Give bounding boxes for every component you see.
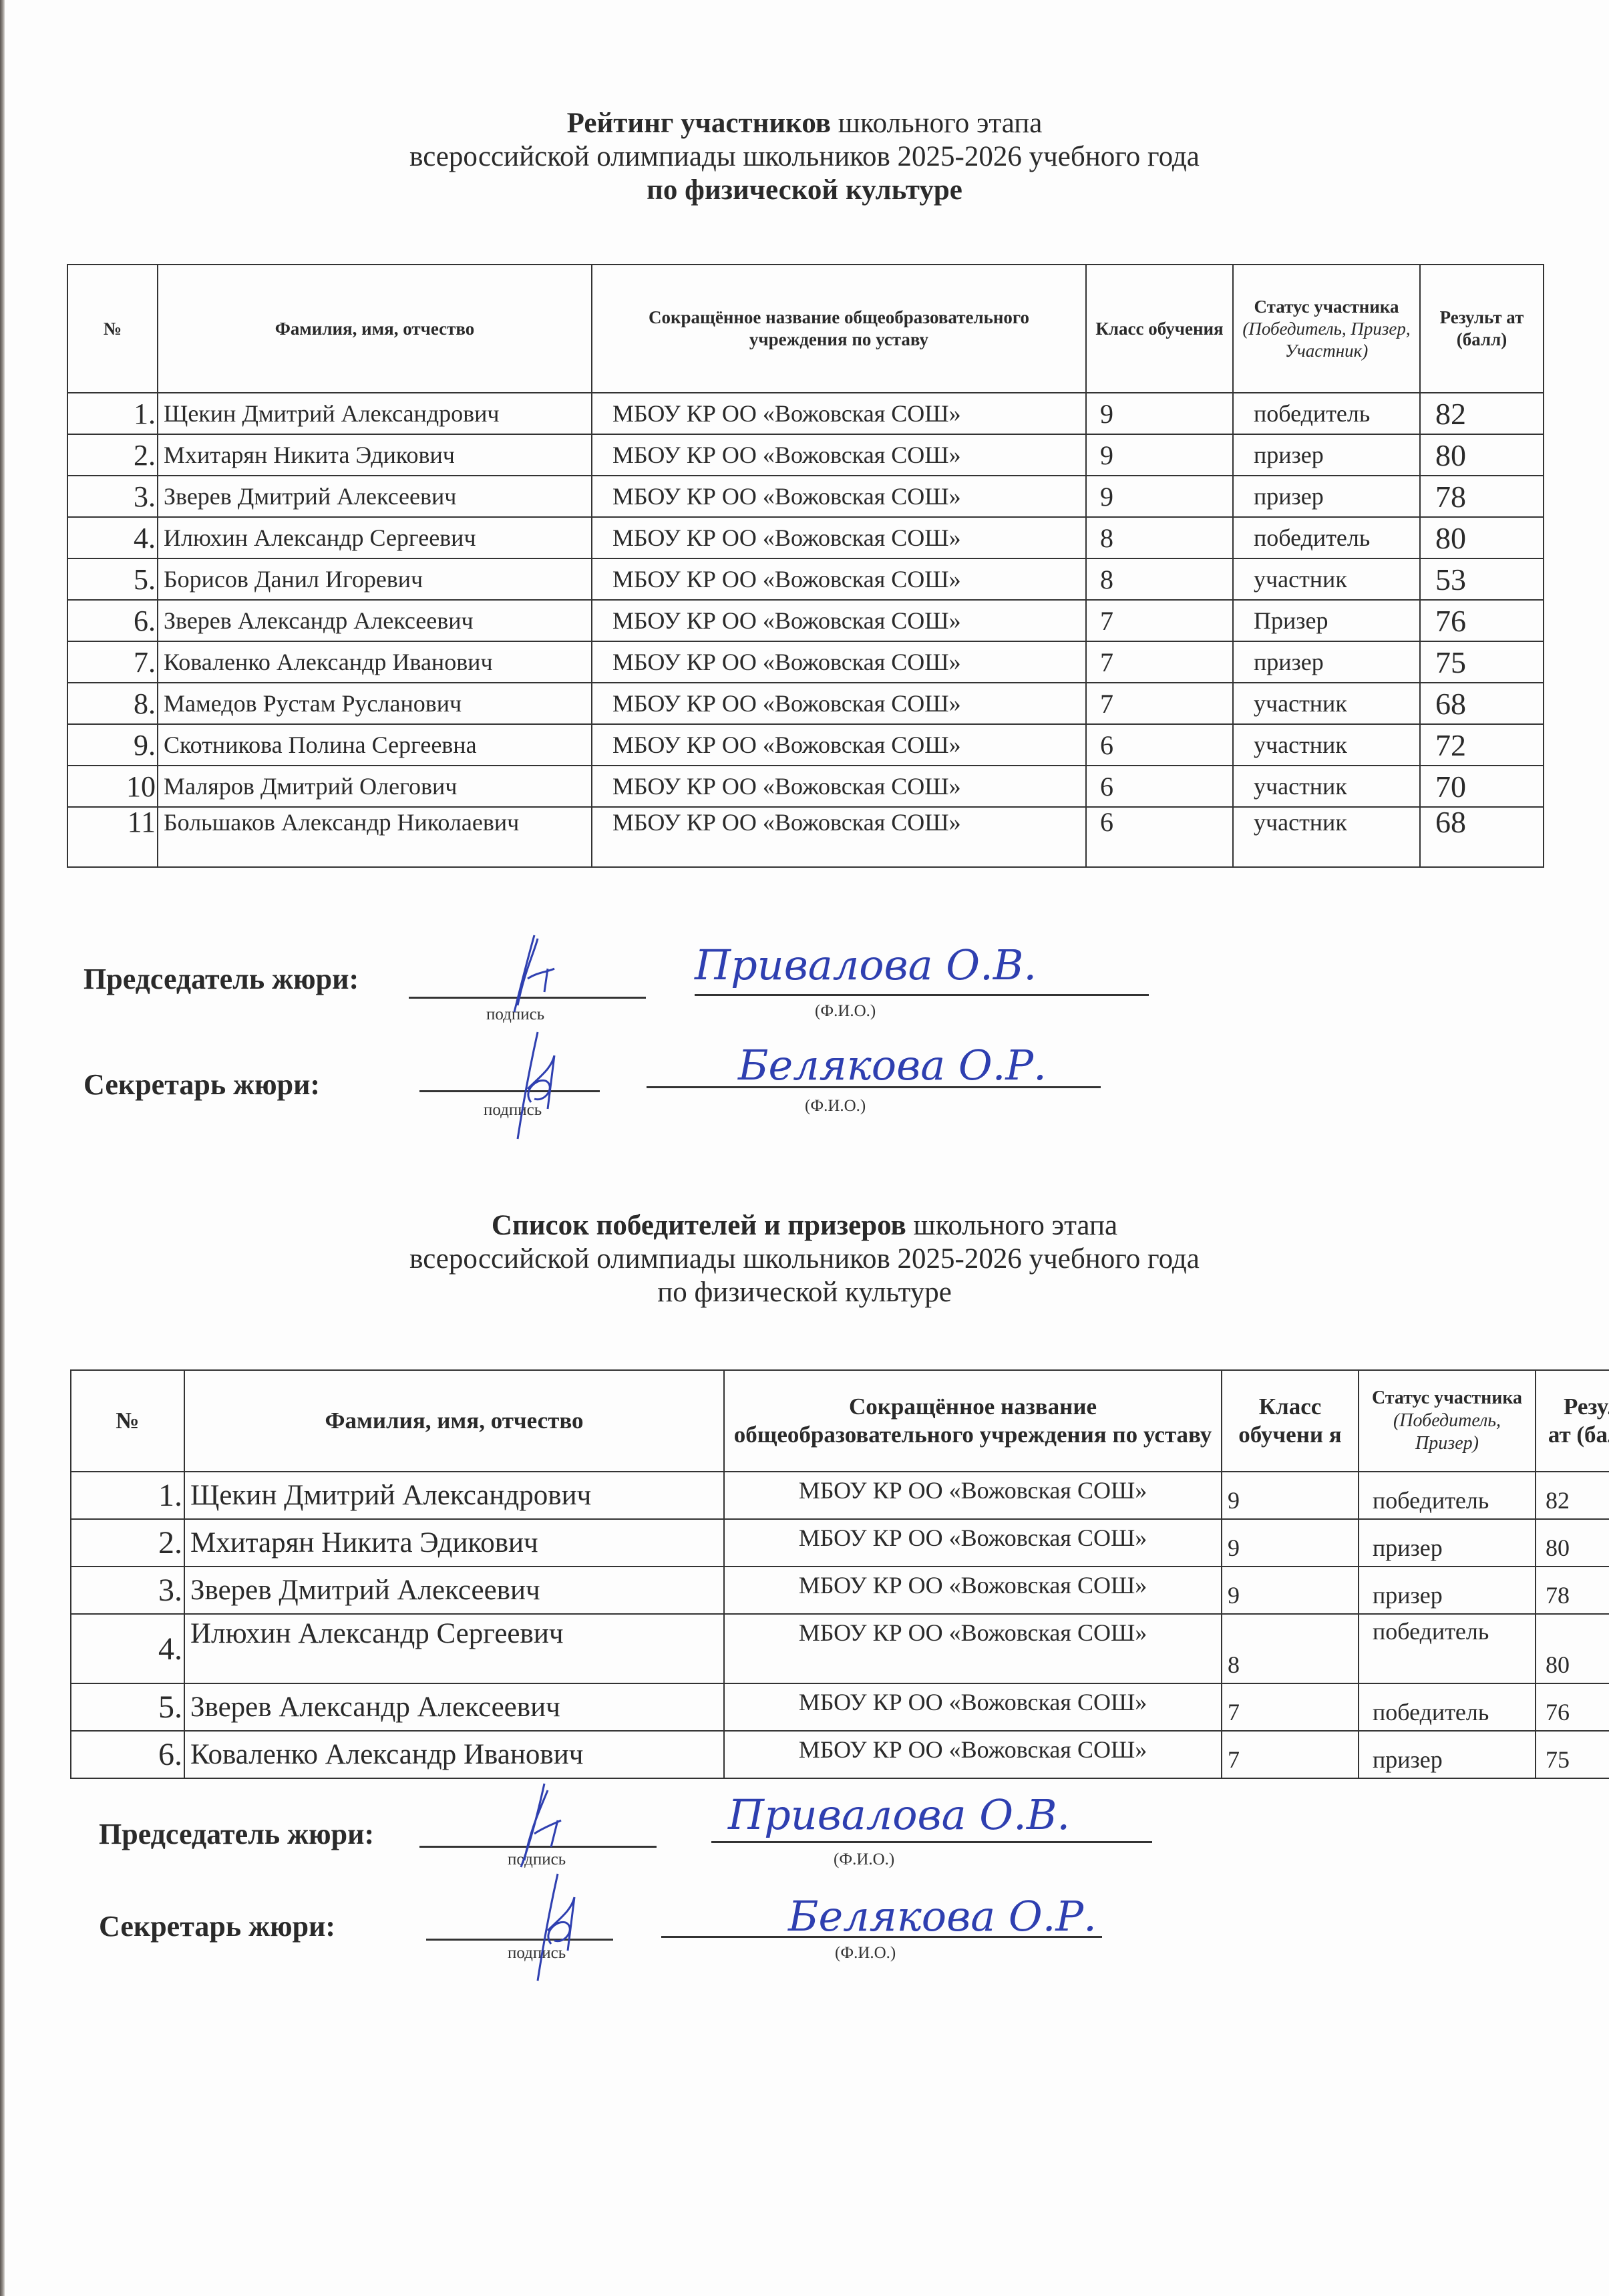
school-name: МБОУ КР ОО «Вожовская СОШ» bbox=[724, 1614, 1222, 1683]
participant-name: Мхитарян Никита Эдикович bbox=[184, 1519, 724, 1567]
grade: 9 bbox=[1086, 434, 1233, 476]
secretary-name-handwritten: Белякова О.Р. bbox=[788, 1892, 1097, 1941]
participant-name: Зверев Александр Алексеевич bbox=[158, 600, 592, 641]
table-row: 6.Зверев Александр АлексеевичМБОУ КР ОО … bbox=[67, 600, 1544, 641]
row-number: 1. bbox=[71, 1472, 184, 1519]
table-row: 3.Зверев Дмитрий АлексеевичМБОУ КР ОО «В… bbox=[71, 1567, 1609, 1614]
school-name: МБОУ КР ОО «Вожовская СОШ» bbox=[592, 641, 1086, 683]
winners-table-header: № Фамилия, имя, отчество Сокращённое наз… bbox=[71, 1370, 1609, 1472]
grade: 6 bbox=[1086, 766, 1233, 807]
table-row: 7.Коваленко Александр ИвановичМБОУ КР ОО… bbox=[67, 641, 1544, 683]
participant-name: Коваленко Александр Иванович bbox=[158, 641, 592, 683]
table-row: 5.Зверев Александр АлексеевичМБОУ КР ОО … bbox=[71, 1683, 1609, 1731]
winners-table: № Фамилия, имя, отчество Сокращённое наз… bbox=[70, 1369, 1609, 1779]
status: призер bbox=[1359, 1519, 1536, 1567]
table-row: 3.Зверев Дмитрий АлексеевичМБОУ КР ОО «В… bbox=[67, 476, 1544, 517]
table-row: 8.Мамедов Рустам РуслановичМБОУ КР ОО «В… bbox=[67, 683, 1544, 724]
status: призер bbox=[1359, 1567, 1536, 1614]
grade: 7 bbox=[1086, 683, 1233, 724]
col-name: Фамилия, имя, отчество bbox=[158, 265, 592, 393]
grade: 7 bbox=[1222, 1683, 1359, 1731]
school-name: МБОУ КР ОО «Вожовская СОШ» bbox=[724, 1567, 1222, 1614]
col-class: Класс обучения bbox=[1086, 265, 1233, 393]
status: участник bbox=[1233, 558, 1420, 600]
rating-title-rest: школьного этапа bbox=[831, 108, 1042, 139]
row-number: 10 bbox=[67, 766, 158, 807]
participant-name: Маляров Дмитрий Олегович bbox=[158, 766, 592, 807]
table-row: 2.Мхитарян Никита ЭдиковичМБОУ КР ОО «Во… bbox=[71, 1519, 1609, 1567]
col-status-hint: (Победитель, Призер) bbox=[1393, 1410, 1501, 1454]
chair-name-handwritten: Привалова О.В. bbox=[728, 1790, 1070, 1839]
row-number: 11 bbox=[67, 807, 158, 867]
chair-fio-line bbox=[711, 1841, 1152, 1843]
chair-fio-caption: (Ф.И.О.) bbox=[834, 1850, 894, 1869]
school-name: МБОУ КР ОО «Вожовская СОШ» bbox=[592, 434, 1086, 476]
grade: 6 bbox=[1086, 807, 1233, 867]
status: призер bbox=[1233, 476, 1420, 517]
score: 80 bbox=[1536, 1519, 1609, 1567]
table-row: 10Маляров Дмитрий ОлеговичМБОУ КР ОО «Во… bbox=[67, 766, 1544, 807]
row-number: 9. bbox=[67, 724, 158, 766]
winners-title-bold: Список победителей и призеров bbox=[492, 1210, 906, 1241]
score: 80 bbox=[1536, 1614, 1609, 1683]
winners-title: Список победителей и призеров школьного … bbox=[0, 1209, 1609, 1309]
grade: 6 bbox=[1086, 724, 1233, 766]
rating-subtitle: всероссийской олимпиады школьников 2025-… bbox=[0, 140, 1609, 174]
table-row: 4.Илюхин Александр СергеевичМБОУ КР ОО «… bbox=[71, 1614, 1609, 1683]
row-number: 8. bbox=[67, 683, 158, 724]
school-name: МБОУ КР ОО «Вожовская СОШ» bbox=[724, 1472, 1222, 1519]
scan-edge bbox=[0, 0, 5, 2296]
secretary-name-handwritten: Белякова О.Р. bbox=[738, 1041, 1047, 1090]
score: 68 bbox=[1420, 807, 1544, 867]
grade: 7 bbox=[1086, 600, 1233, 641]
winners-table-body: 1.Щекин Дмитрий АлександровичМБОУ КР ОО … bbox=[71, 1472, 1609, 1778]
col-name: Фамилия, имя, отчество bbox=[184, 1370, 724, 1472]
grade: 9 bbox=[1222, 1472, 1359, 1519]
row-number: 2. bbox=[71, 1519, 184, 1567]
score: 75 bbox=[1420, 641, 1544, 683]
row-number: 6. bbox=[67, 600, 158, 641]
score: 82 bbox=[1420, 393, 1544, 434]
rating-title-line1: Рейтинг участников школьного этапа bbox=[0, 107, 1609, 140]
score: 78 bbox=[1420, 476, 1544, 517]
status: призер bbox=[1359, 1731, 1536, 1778]
participant-name: Илюхин Александр Сергеевич bbox=[184, 1614, 724, 1683]
school-name: МБОУ КР ОО «Вожовская СОШ» bbox=[592, 600, 1086, 641]
row-number: 1. bbox=[67, 393, 158, 434]
participant-name: Скотникова Полина Сергеевна bbox=[158, 724, 592, 766]
winners-title-rest: школьного этапа bbox=[906, 1210, 1117, 1241]
table-row: 1.Щекин Дмитрий АлександровичМБОУ КР ОО … bbox=[67, 393, 1544, 434]
participant-name: Мхитарян Никита Эдикович bbox=[158, 434, 592, 476]
participant-name: Щекин Дмитрий Александрович bbox=[184, 1472, 724, 1519]
col-result: Резул ат (бал bbox=[1536, 1370, 1609, 1472]
secretary-fio-caption: (Ф.И.О.) bbox=[835, 1944, 896, 1963]
grade: 9 bbox=[1222, 1567, 1359, 1614]
score: 70 bbox=[1420, 766, 1544, 807]
grade: 7 bbox=[1086, 641, 1233, 683]
table-row: 9.Скотникова Полина СергеевнаМБОУ КР ОО … bbox=[67, 724, 1544, 766]
col-status-hint: (Победитель, Призер, Участник) bbox=[1242, 319, 1410, 361]
participant-name: Зверев Александр Алексеевич bbox=[184, 1683, 724, 1731]
rating-table-header: № Фамилия, имя, отчество Сокращённое наз… bbox=[67, 265, 1544, 393]
rating-subject: по физической культуре bbox=[0, 174, 1609, 207]
school-name: МБОУ КР ОО «Вожовская СОШ» bbox=[724, 1683, 1222, 1731]
row-number: 4. bbox=[71, 1614, 184, 1683]
school-name: МБОУ КР ОО «Вожовская СОШ» bbox=[592, 766, 1086, 807]
table-row: 4.Илюхин Александр СергеевичМБОУ КР ОО «… bbox=[67, 517, 1544, 558]
chair-name-handwritten: Привалова О.В. bbox=[695, 941, 1037, 989]
col-org: Сокращённое название общеобразовательног… bbox=[724, 1370, 1222, 1472]
rating-table-body: 1.Щекин Дмитрий АлександровичМБОУ КР ОО … bbox=[67, 393, 1544, 867]
secretary-signature-icon bbox=[514, 1029, 574, 1142]
participant-name: Зверев Дмитрий Алексеевич bbox=[158, 476, 592, 517]
chair-label: Председатель жюри: bbox=[99, 1817, 374, 1851]
col-status-label: Статус участника bbox=[1372, 1387, 1522, 1408]
row-number: 5. bbox=[67, 558, 158, 600]
col-num: № bbox=[67, 265, 158, 393]
col-class: Класс обучени я bbox=[1222, 1370, 1359, 1472]
col-result: Результ ат (балл) bbox=[1420, 265, 1544, 393]
table-row: 5.Борисов Данил ИгоревичМБОУ КР ОО «Вожо… bbox=[67, 558, 1544, 600]
rating-table: № Фамилия, имя, отчество Сокращённое наз… bbox=[67, 264, 1544, 868]
school-name: МБОУ КР ОО «Вожовская СОШ» bbox=[592, 476, 1086, 517]
score: 76 bbox=[1420, 600, 1544, 641]
col-status: Статус участника (Победитель, Призер) bbox=[1359, 1370, 1536, 1472]
grade: 9 bbox=[1222, 1519, 1359, 1567]
score: 78 bbox=[1536, 1567, 1609, 1614]
col-num: № bbox=[71, 1370, 184, 1472]
grade: 9 bbox=[1086, 393, 1233, 434]
col-status: Статус участника (Победитель, Призер, Уч… bbox=[1233, 265, 1420, 393]
status: победитель bbox=[1233, 517, 1420, 558]
winners-subtitle: всероссийской олимпиады школьников 2025-… bbox=[0, 1243, 1609, 1276]
status: участник bbox=[1233, 724, 1420, 766]
status: победитель bbox=[1359, 1683, 1536, 1731]
score: 75 bbox=[1536, 1731, 1609, 1778]
winners-title-line1: Список победителей и призеров школьного … bbox=[0, 1209, 1609, 1243]
school-name: МБОУ КР ОО «Вожовская СОШ» bbox=[724, 1519, 1222, 1567]
chair-label: Председатель жюри: bbox=[83, 962, 359, 996]
col-org: Сокращённое название общеобразовательног… bbox=[592, 265, 1086, 393]
score: 72 bbox=[1420, 724, 1544, 766]
score: 80 bbox=[1420, 517, 1544, 558]
table-row: 11Большаков Александр НиколаевичМБОУ КР … bbox=[67, 807, 1544, 867]
table-row: 2.Мхитарян Никита ЭдиковичМБОУ КР ОО «Во… bbox=[67, 434, 1544, 476]
participant-name: Борисов Данил Игоревич bbox=[158, 558, 592, 600]
chair-fio-caption: (Ф.И.О.) bbox=[815, 1002, 876, 1021]
status: участник bbox=[1233, 766, 1420, 807]
grade: 9 bbox=[1086, 476, 1233, 517]
score: 53 bbox=[1420, 558, 1544, 600]
rating-title-bold: Рейтинг участников bbox=[567, 108, 831, 139]
participant-name: Коваленко Александр Иванович bbox=[184, 1731, 724, 1778]
row-number: 2. bbox=[67, 434, 158, 476]
participant-name: Зверев Дмитрий Алексеевич bbox=[184, 1567, 724, 1614]
winners-subject: по физической культуре bbox=[0, 1276, 1609, 1309]
row-number: 6. bbox=[71, 1731, 184, 1778]
grade: 7 bbox=[1222, 1731, 1359, 1778]
status: призер bbox=[1233, 434, 1420, 476]
rating-title: Рейтинг участников школьного этапа всеро… bbox=[0, 107, 1609, 207]
table-row: 1.Щекин Дмитрий АлександровичМБОУ КР ОО … bbox=[71, 1472, 1609, 1519]
row-number: 7. bbox=[67, 641, 158, 683]
secretary-fio-caption: (Ф.И.О.) bbox=[805, 1097, 866, 1116]
score: 68 bbox=[1420, 683, 1544, 724]
secretary-label: Секретарь жюри: bbox=[83, 1068, 320, 1102]
col-status-label: Статус участника bbox=[1254, 297, 1399, 317]
score: 76 bbox=[1536, 1683, 1609, 1731]
school-name: МБОУ КР ОО «Вожовская СОШ» bbox=[592, 683, 1086, 724]
grade: 8 bbox=[1086, 517, 1233, 558]
score: 82 bbox=[1536, 1472, 1609, 1519]
status: призер bbox=[1233, 641, 1420, 683]
school-name: МБОУ КР ОО «Вожовская СОШ» bbox=[592, 724, 1086, 766]
row-number: 3. bbox=[71, 1567, 184, 1614]
secretary-label: Секретарь жюри: bbox=[99, 1909, 335, 1943]
row-number: 3. bbox=[67, 476, 158, 517]
row-number: 4. bbox=[67, 517, 158, 558]
status: участник bbox=[1233, 807, 1420, 867]
score: 80 bbox=[1420, 434, 1544, 476]
participant-name: Щекин Дмитрий Александрович bbox=[158, 393, 592, 434]
chair-signature-icon bbox=[508, 932, 568, 1019]
status: участник bbox=[1233, 683, 1420, 724]
school-name: МБОУ КР ОО «Вожовская СОШ» bbox=[592, 517, 1086, 558]
status: Призер bbox=[1233, 600, 1420, 641]
participant-name: Илюхин Александр Сергеевич bbox=[158, 517, 592, 558]
school-name: МБОУ КР ОО «Вожовская СОШ» bbox=[592, 393, 1086, 434]
participant-name: Мамедов Рустам Русланович bbox=[158, 683, 592, 724]
school-name: МБОУ КР ОО «Вожовская СОШ» bbox=[724, 1731, 1222, 1778]
school-name: МБОУ КР ОО «Вожовская СОШ» bbox=[592, 807, 1086, 867]
table-row: 6.Коваленко Александр ИвановичМБОУ КР ОО… bbox=[71, 1731, 1609, 1778]
status: победитель bbox=[1359, 1472, 1536, 1519]
grade: 8 bbox=[1222, 1614, 1359, 1683]
row-number: 5. bbox=[71, 1683, 184, 1731]
participant-name: Большаков Александр Николаевич bbox=[158, 807, 592, 867]
grade: 8 bbox=[1086, 558, 1233, 600]
chair-signature-icon bbox=[514, 1780, 574, 1874]
status: победитель bbox=[1359, 1614, 1536, 1683]
chair-fio-line bbox=[695, 994, 1149, 996]
school-name: МБОУ КР ОО «Вожовская СОШ» bbox=[592, 558, 1086, 600]
status: победитель bbox=[1233, 393, 1420, 434]
secretary-signature-icon bbox=[534, 1870, 594, 1984]
